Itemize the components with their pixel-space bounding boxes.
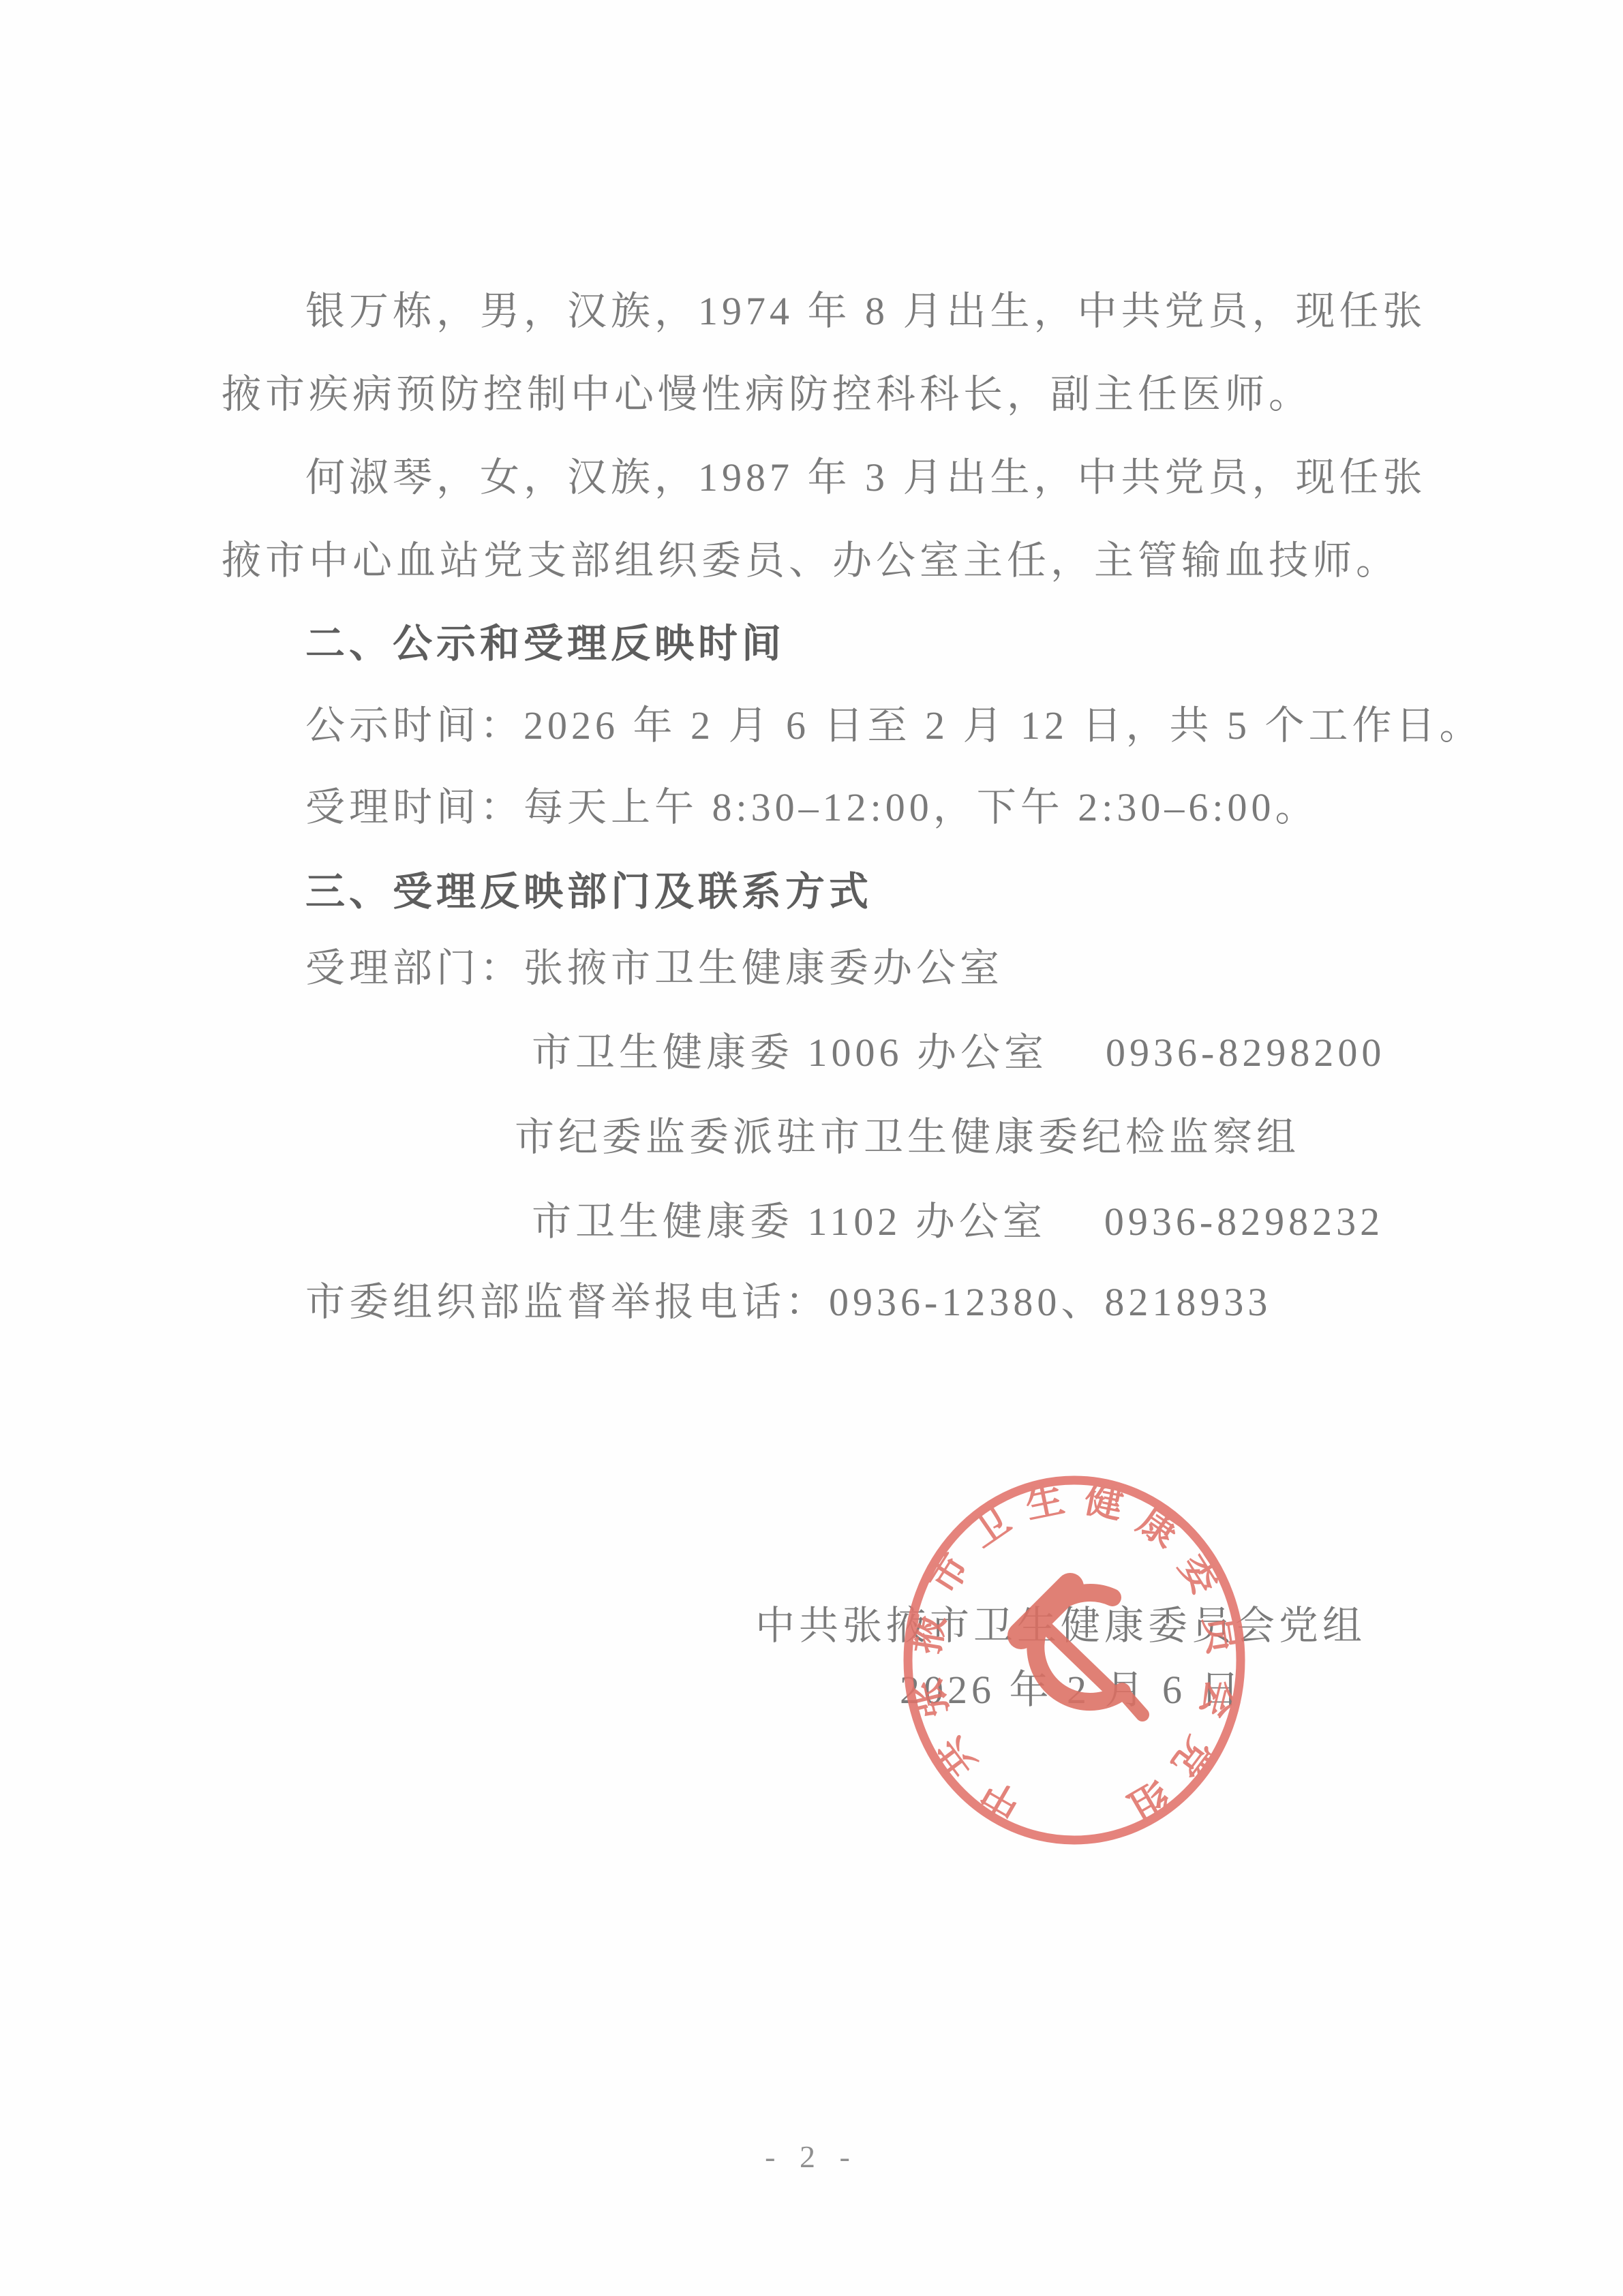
accept-dept-line: 受理部门：张掖市卫生健康委办公室 xyxy=(305,946,1003,992)
document-page: 银万栋，男，汉族，1974 年 8 月出生，中共党员，现任张 掖市疾病预防控制中… xyxy=(0,0,1623,2296)
seal-char: 共 xyxy=(928,1729,985,1785)
page-number: - 2 - xyxy=(765,2139,858,2175)
contact-phone-3: 0936-8298232 xyxy=(1104,1199,1384,1244)
contact-phone-1: 0936-8298200 xyxy=(1106,1030,1385,1075)
section-heading-2: 二、公示和受理反映时间 xyxy=(305,622,785,667)
signature-organization: 中共张掖市卫生健康委员会党组 xyxy=(755,1593,1366,1651)
signature-date: 2026 年 2 月 6 日 xyxy=(900,1657,1244,1715)
seal-ring-text: 中 共 张 掖 市 卫 生 健 康 委 员 会 党 组 xyxy=(905,1478,1244,1827)
seal-char: 卫 xyxy=(963,1499,1018,1556)
section-heading-3: 三、受理反映部门及联系方式 xyxy=(305,870,873,915)
contact-line-2: 市纪委监委派驻市卫生健康委纪检监察组 xyxy=(515,1115,1300,1161)
supervise-hotline-line: 市委组织部监督举报电话：0936-12380、8218933 xyxy=(305,1280,1271,1326)
contact-line-3: 市卫生健康委 1102 办公室0936-8298232 xyxy=(532,1199,1384,1245)
contact-office-3: 市卫生健康委 1102 办公室 xyxy=(532,1199,1046,1244)
seal-char: 健 xyxy=(1080,1478,1126,1527)
paragraph-person2-line2: 掖市中心血站党支部组织委员、办公室主任，主管输血技师。 xyxy=(222,538,1399,584)
contact-office-1: 市卫生健康委 1006 办公室 xyxy=(532,1030,1048,1075)
accept-time-line: 受理时间：每天上午 8:30–12:00，下午 2:30–6:00。 xyxy=(305,785,1318,831)
paragraph-person1-line2: 掖市疾病预防控制中心慢性病防控科科长，副主任医师。 xyxy=(222,372,1312,418)
seal-char: 中 xyxy=(973,1772,1027,1828)
paragraph-person2-line1: 何淑琴，女，汉族，1987 年 3 月出生，中共党员，现任张 xyxy=(305,455,1427,501)
contact-line-1: 市卫生健康委 1006 办公室0936-8298200 xyxy=(532,1030,1385,1076)
paragraph-person1-line1: 银万栋，男，汉族，1974 年 8 月出生，中共党员，现任张 xyxy=(305,289,1427,335)
seal-char: 生 xyxy=(1022,1478,1067,1527)
seal-char: 党 xyxy=(1164,1729,1220,1785)
seal-char: 康 xyxy=(1130,1499,1185,1556)
notice-time-line: 公示时间：2026 年 2 月 6 日至 2 月 12 日，共 5 个工作日。 xyxy=(305,703,1483,749)
seal-char: 组 xyxy=(1121,1772,1174,1828)
